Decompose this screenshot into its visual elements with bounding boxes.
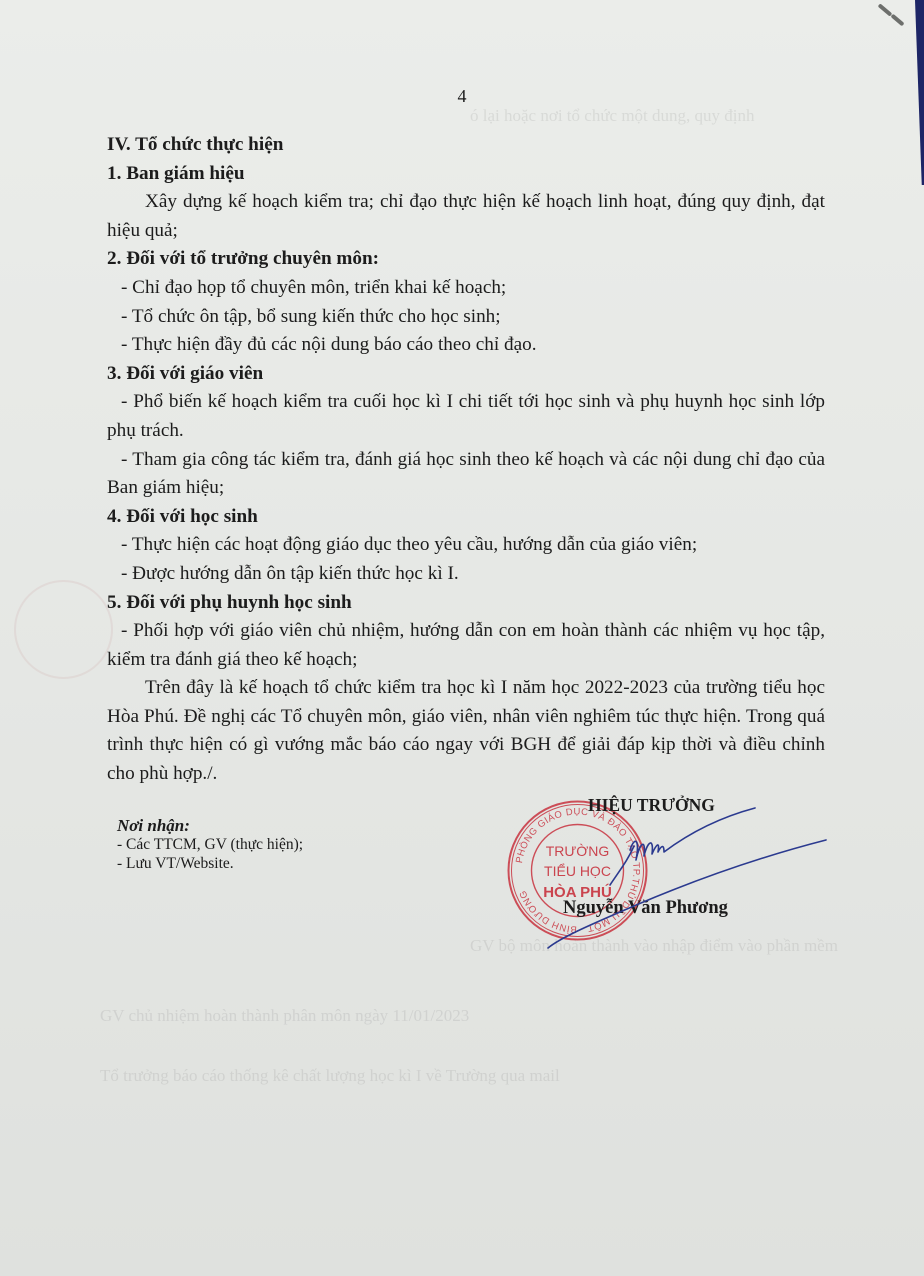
pen-mark (890, 14, 904, 27)
pen-mark (878, 3, 893, 16)
faint-stamp-bleed (14, 580, 113, 679)
list-item: - Được hướng dẫn ôn tập kiến thức học kì… (107, 560, 825, 589)
recipients-block: Nơi nhận: - Các TTCM, GV (thực hiện); - … (117, 816, 303, 873)
recipient-item: - Các TTCM, GV (thực hiện); (117, 835, 303, 854)
recipient-item: - Lưu VT/Website. (117, 854, 303, 873)
recipients-title: Nơi nhận: (117, 816, 303, 835)
section-title: IV. Tổ chức thực hiện (107, 131, 825, 160)
subsection-heading: 3. Đối với giáo viên (107, 360, 825, 389)
list-item: - Tham gia công tác kiểm tra, đánh giá h… (107, 446, 825, 503)
subsection-heading: 1. Ban giám hiệu (107, 160, 825, 189)
subsection-heading: 4. Đối với học sinh (107, 503, 825, 532)
list-item: - Thực hiện các hoạt động giáo dục theo … (107, 531, 825, 560)
bleed-through-text: GV chủ nhiệm hoàn thành phân môn ngày 11… (100, 1000, 469, 1031)
paragraph: Xây dựng kế hoạch kiểm tra; chỉ đạo thực… (107, 188, 825, 245)
closing-paragraph: Trên đây là kế hoạch tổ chức kiểm tra họ… (107, 674, 825, 788)
list-item: - Thực hiện đầy đủ các nội dung báo cáo … (107, 331, 825, 360)
subsection-heading: 2. Đối với tổ trưởng chuyên môn: (107, 245, 825, 274)
list-item: - Tổ chức ôn tập, bổ sung kiến thức cho … (107, 303, 825, 332)
list-item: - Phối hợp với giáo viên chủ nhiệm, hướn… (107, 617, 825, 674)
subsection-heading: 5. Đối với phụ huynh học sinh (107, 589, 825, 618)
list-item: - Chỉ đạo họp tổ chuyên môn, triển khai … (107, 274, 825, 303)
bleed-through-text: Tổ trưởng báo cáo thống kê chất lượng họ… (100, 1060, 560, 1091)
handwritten-signature (540, 790, 830, 960)
document-body: IV. Tổ chức thực hiện 1. Ban giám hiệu X… (107, 131, 825, 789)
page-number: 4 (0, 86, 924, 107)
list-item: - Phổ biến kế hoạch kiểm tra cuối học kì… (107, 388, 825, 445)
